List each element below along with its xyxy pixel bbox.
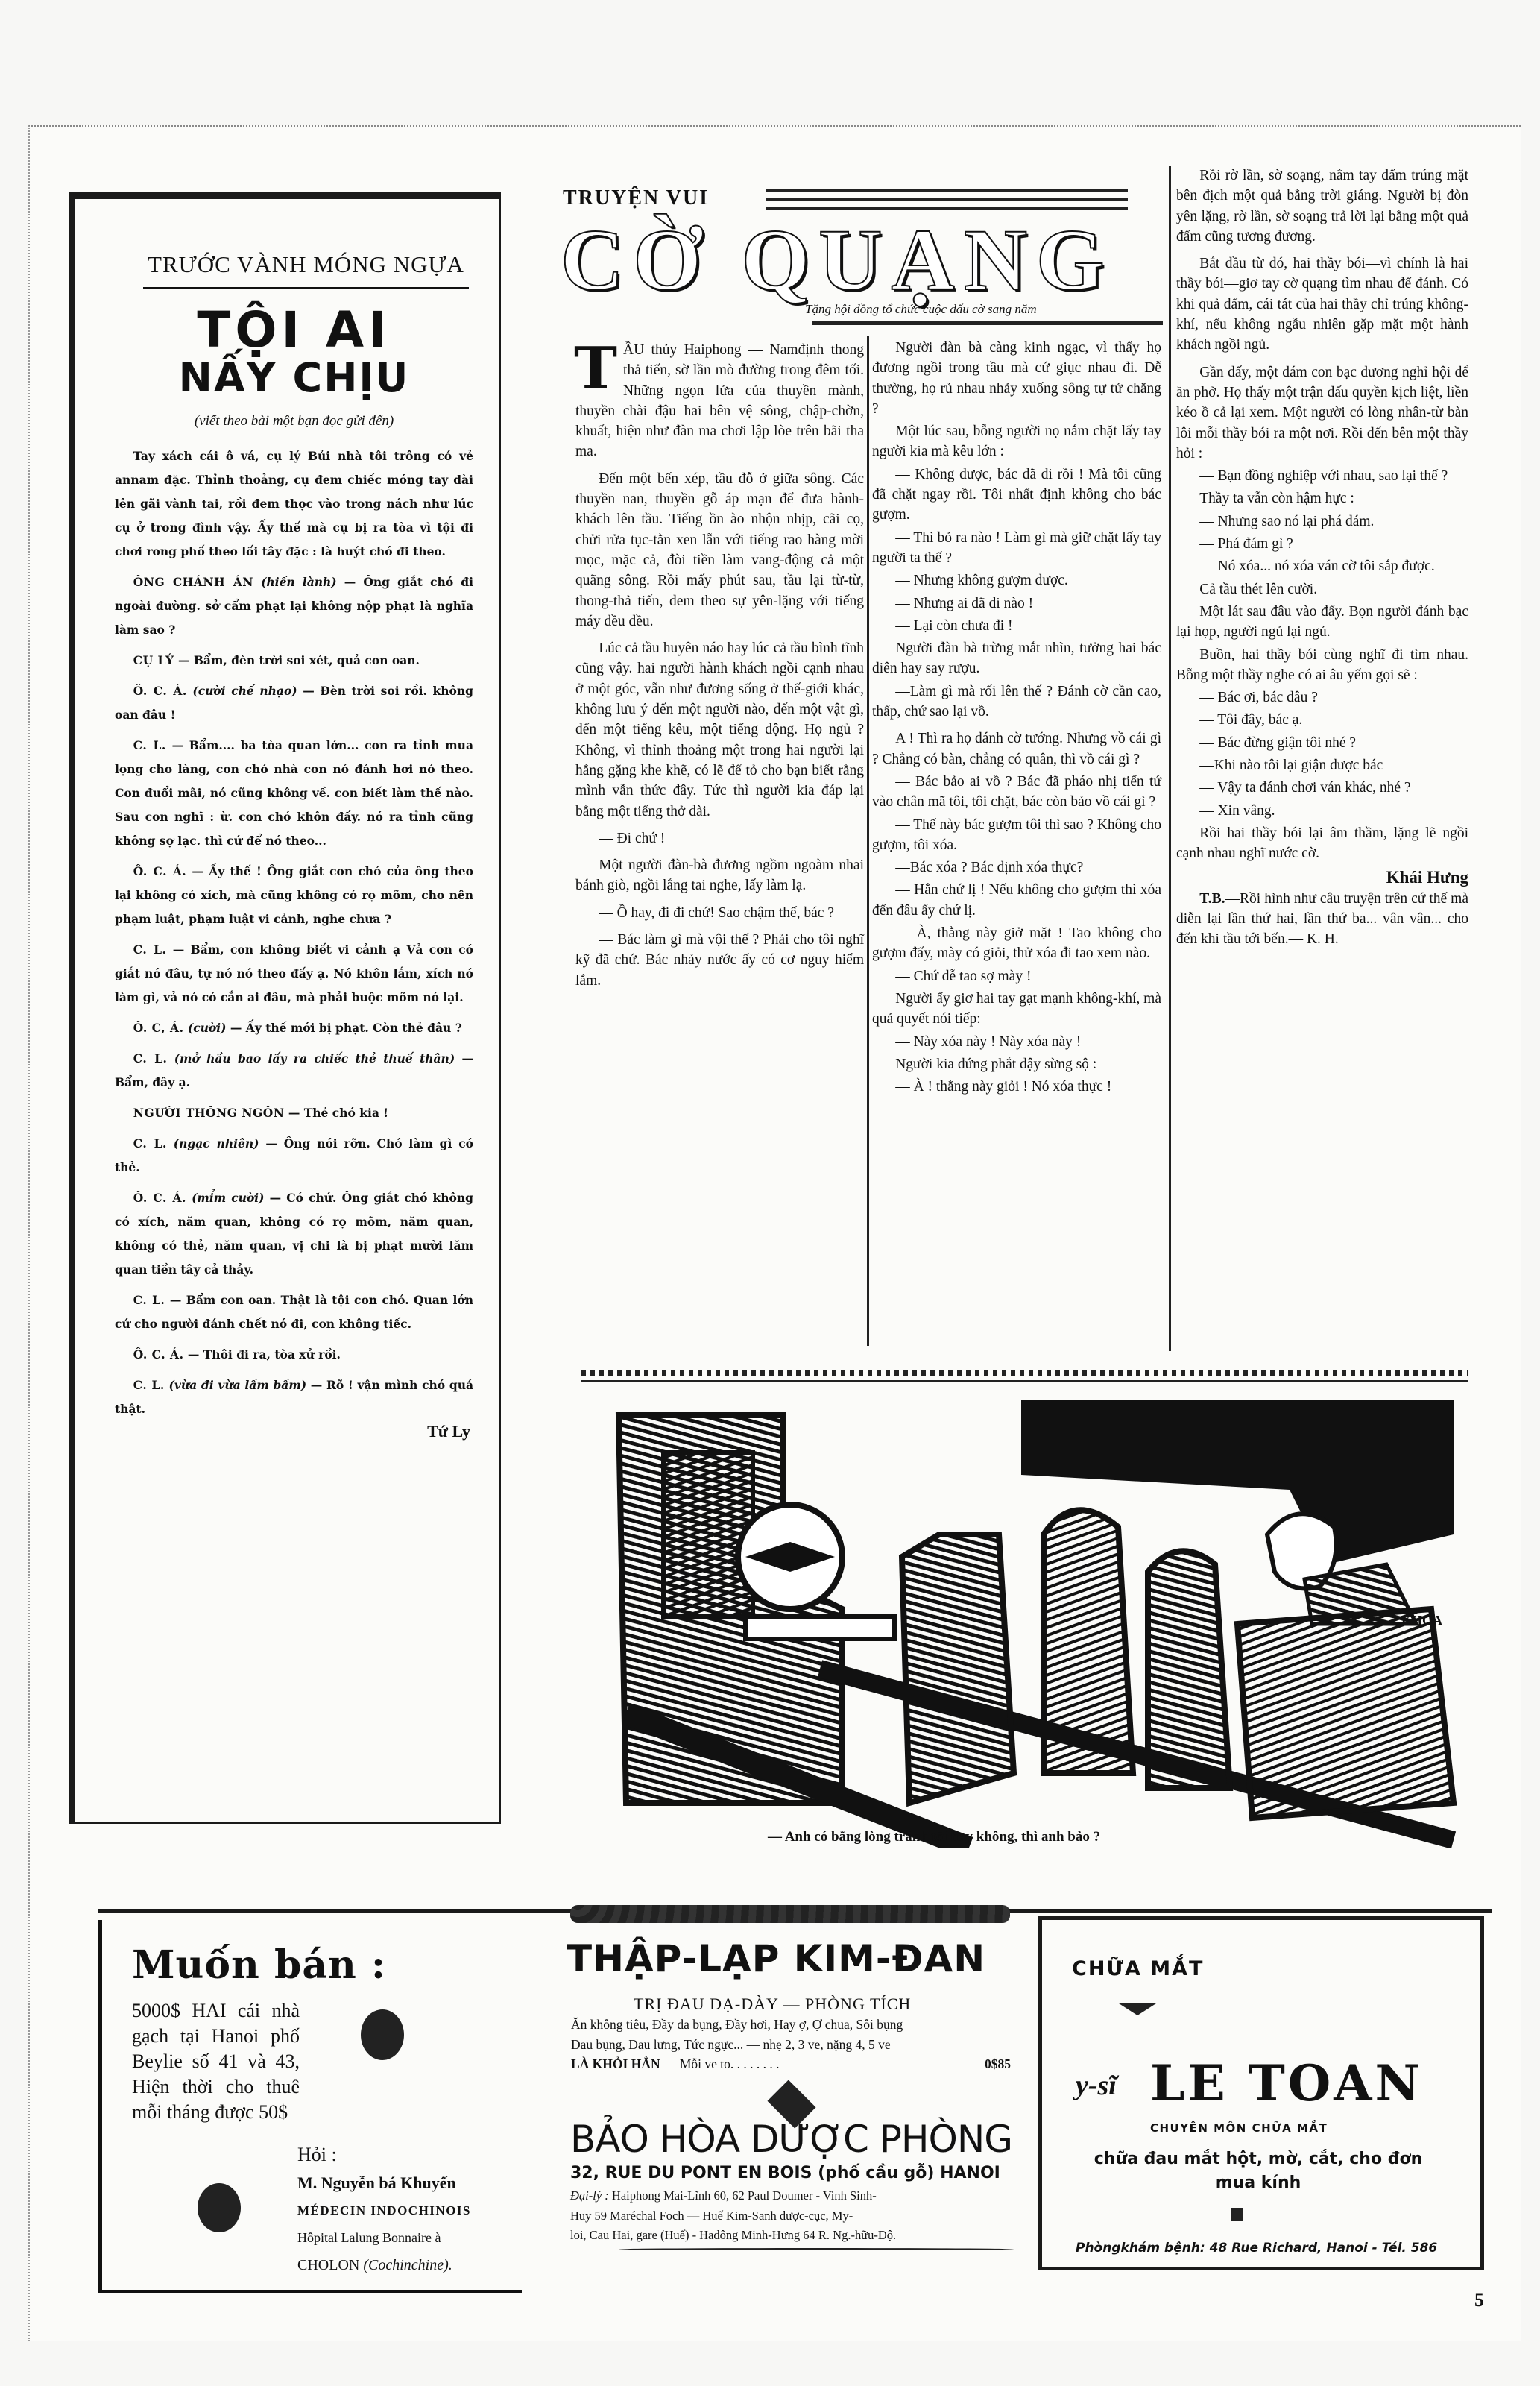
illustrator-signature: KHOA — [1401, 1611, 1416, 1630]
product-title: THẬP-LẠP KIM-ĐAN — [567, 1937, 985, 1980]
paragraph: — À, thằng này giở mặt ! Tao không cho g… — [872, 923, 1161, 964]
doctor-name: LE TOAN — [1150, 2054, 1423, 2112]
paragraph: TẦU thủy Haiphong — Namđịnh thong thả ti… — [575, 340, 864, 462]
story-kicker: TRUYỆN VUI — [563, 186, 709, 210]
paragraph: Thầy ta vẫn còn hậm hực : — [1176, 488, 1468, 509]
decorative-dot-icon — [361, 2009, 404, 2060]
dialogue-line: Ô. C. Á. (cười chế nhạo) — Đèn trời soi … — [115, 679, 473, 727]
contact-city: CHOLON (Cochinchine). — [297, 2257, 452, 2274]
paragraph: — Đi chứ ! — [575, 828, 864, 849]
paragraph: — Nhưng không gượm được. — [872, 570, 1161, 591]
paragraph: — Nhưng ai đã đi nào ! — [872, 594, 1161, 614]
dialogue-line: NGƯỜI THÔNG NGÔN — Thẻ chó kia ! — [115, 1101, 473, 1125]
paragraph: — Nhưng sao nó lại phá đám. — [1176, 511, 1468, 532]
column-rule — [1169, 166, 1171, 1351]
paragraph: — Hẳn chứ lị ! Nếu không cho gượm thì xó… — [872, 880, 1161, 921]
paragraph: Người đàn bà càng kinh ngạc, vì thấy họ … — [872, 338, 1161, 419]
dialogue-line: Ô. C. Á. (mỉm cười) — Có chứ. Ông giắt c… — [115, 1186, 473, 1282]
dialogue-line: C. L. (mở hầu bao lấy ra chiếc thẻ thuế … — [115, 1047, 473, 1095]
contact-name: M. Nguyễn bá Khuyến — [297, 2173, 456, 2193]
dialogue-line: C. L. (ngạc nhiên) — Ông nói rỡn. Chó là… — [115, 1132, 473, 1180]
paragraph: Gần đấy, một đám con bạc đương nghỉ hội … — [1176, 362, 1468, 464]
paragraph: — Không được, bác đã đi rồi ! Mà tôi cũn… — [872, 465, 1161, 526]
paragraph: Tay xách cái ô vá, cụ lý Bủi nhà tôi trô… — [115, 444, 473, 564]
paragraph: A ! Thì ra họ đánh cờ tướng. Nhưng vồ cá… — [872, 728, 1161, 769]
story-column-3: Rồi rờ lần, sờ soạng, nắm tay đấm trúng … — [1176, 166, 1468, 952]
paragraph: Một lát sau đâu vào đấy. Bọn người đánh … — [1176, 602, 1468, 643]
paragraph: — Tôi đây, bác ạ. — [1176, 710, 1468, 730]
article-subtitle: (viết theo bài một bạn đọc gửi đến) — [115, 413, 473, 429]
paragraph: — Bác đừng giận tôi nhé ? — [1176, 733, 1468, 753]
paragraph: Bắt đầu từ đó, hai thầy bói—vì chính là … — [1176, 254, 1468, 355]
paragraph: — Bác làm gì mà vội thế ? Phải cho tôi n… — [575, 930, 864, 991]
dialogue-line: Ô. C, Á. (cười) — Ấy thế mới bị phạt. Cò… — [115, 1016, 473, 1040]
paragraph: Cả tầu thét lên cười. — [1176, 579, 1468, 599]
paragraph: — Thì bỏ ra nào ! Làm gì mà giữ chặt lấy… — [872, 528, 1161, 569]
page-number: 5 — [1474, 2289, 1484, 2311]
ad-title: Muốn bán : — [132, 1942, 386, 1988]
medicine-ad: THẬP-LẠP KIM-ĐAN TRỊ ĐAU DẠ-DÀY — PHÒNG … — [559, 1901, 1021, 2267]
dialogue-line: C. L. (vừa đi vừa lầm bầm) — Rõ ! vận mì… — [115, 1373, 473, 1421]
article-body: Tay xách cái ô vá, cụ lý Bủi nhà tôi trô… — [115, 444, 473, 1421]
story-dedication: Tặng hội đồng tổ chức cuộc đấu cờ sang n… — [805, 302, 1037, 317]
story-column-1: TẦU thủy Haiphong — Namđịnh thong thả ti… — [575, 340, 864, 993]
paragraph: — À ! thằng này giỏi ! Nó xóa thực ! — [872, 1077, 1161, 1097]
clinic-address: Phòngkhám bệnh: 48 Rue Richard, Hanoi - … — [1076, 2241, 1437, 2256]
paragraph: Người đàn bà trừng mắt nhìn, tưởng hai b… — [872, 638, 1161, 679]
paragraph: Người kia đứng phắt dậy sừng sộ : — [872, 1054, 1161, 1074]
pharmacy-name: BẢO HÒA DƯỢC PHÒNG — [570, 2118, 1012, 2161]
contact-title: MÉDECIN INDOCHINOIS — [297, 2203, 471, 2218]
paragraph: —Bác xóa ? Bác định xóa thực? — [872, 857, 1161, 878]
story-author: Khái Hưng — [1176, 867, 1468, 887]
paragraph: Rồi hai thầy bói lại âm thầm, lặng lẽ ng… — [1176, 823, 1468, 864]
dialogue-line: CỤ LÝ — Bẩm, đèn trời soi xét, quả con o… — [115, 649, 473, 673]
paragraph: — Này xóa này ! Này xóa này ! — [872, 1032, 1161, 1052]
train-illustration — [596, 1385, 1461, 1848]
price: 0$85 — [985, 2056, 1011, 2072]
court-column-box: TRƯỚC VÀNH MÓNG NGỰA TỘI AI NẤY CHỊU (vi… — [69, 192, 501, 1824]
paragraph: — Bạn đồng nghiệp với nhau, sao lại thế … — [1176, 466, 1468, 486]
column-rule — [867, 336, 869, 1346]
article-author: Tứ Ly — [115, 1422, 473, 1441]
paragraph: — Bác bảo ai vồ ? Bác đã pháo nhị tiến t… — [872, 772, 1161, 813]
paragraph: Lúc cả tầu huyên náo hay lúc cả tầu bình… — [575, 638, 864, 822]
ad-kicker: CHỮA MẮT — [1072, 1957, 1204, 1980]
wavy-rule — [619, 2248, 1014, 2250]
dialogue-line: Ô. C. Á. — Ấy thế ! Ông giắt con chó của… — [115, 860, 473, 931]
contact-hospital: Hôpital Lalung Bonnaire à — [297, 2230, 441, 2246]
illustration-top-rule — [581, 1380, 1468, 1382]
services-description: chữa đau mắt hột, mờ, cắt, cho đơn mua k… — [1072, 2147, 1445, 2195]
ad-body: 5000$ HAI cái nhà gạch tại Hanoi phố Bey… — [132, 1998, 300, 2125]
paragraph: — Chứ dễ tao sợ mày ! — [872, 966, 1161, 986]
paragraph: Người ấy giơ hai tay gạt mạnh không-khí,… — [872, 989, 1161, 1030]
price-line: LÀ KHỎI HẲN — Mỗi ve to. . . . . . . .0$… — [571, 2056, 1011, 2072]
ad-ask-label: Hỏi : — [297, 2144, 337, 2166]
symptoms-line: Ăn không tiêu, Đầy da bụng, Đầy hơi, Hay… — [571, 2017, 1011, 2033]
product-subtitle: TRỊ ĐAU DẠ-DÀY — PHÒNG TÍCH — [634, 1995, 911, 2014]
dialogue-line: ÔNG CHÁNH ÁN (hiền lành) — Ông giắt chó … — [115, 570, 473, 642]
eye-doctor-ad: CHỮA MẮT y-sĩ LE TOAN CHUYÊN MÔN CHỮA MẮ… — [1038, 1916, 1484, 2270]
wavy-border — [570, 1905, 1010, 1923]
dedication-underline — [812, 321, 1163, 325]
paragraph: — Bác ơi, bác đâu ? — [1176, 687, 1468, 708]
article-title-line2: NẤY CHỊU — [115, 355, 473, 401]
postscript: T.B.—Rồi hình như câu truyện trên cứ thế… — [1176, 889, 1468, 950]
agents-line: Đại-lý : Haiphong Mai-Lĩnh 60, 62 Paul D… — [570, 2188, 877, 2203]
dialogue-line: C. L. — Bẩm.... ba tòa quan lớn... con r… — [115, 734, 473, 853]
paragraph: — Ồ hay, đi đi chứ! Sao chậm thế, bác ? — [575, 903, 864, 923]
agents-line: Huy 59 Maréchal Foch — Huế Kim-Sanh dược… — [570, 2209, 853, 2223]
illustration-caption: — Anh có bằng lòng tránh tôi hay không, … — [768, 1829, 1100, 1845]
paragraph: —Làm gì mà rối lên thế ? Đánh cờ cần cao… — [872, 682, 1161, 723]
paragraph: Một lúc sau, bỗng người nọ nắm chặt lấy … — [872, 421, 1161, 462]
arrow-down-icon — [1119, 2003, 1156, 2015]
illustration-zigzag-border — [581, 1370, 1468, 1376]
paragraph: — Lại còn chưa đi ! — [872, 616, 1161, 636]
dialogue-line: Ô. C. Á. — Thôi đi ra, tòa xử rồi. — [115, 1343, 473, 1367]
ornament-icon — [1231, 2208, 1243, 2221]
paragraph: — Vậy ta đánh chơi ván khác, nhé ? — [1176, 778, 1468, 798]
header-rules — [766, 189, 1128, 213]
section-heading: TRƯỚC VÀNH MÓNG NGỰA — [143, 251, 469, 289]
paragraph: Buồn, hai thầy bói cùng nghĩ đi tìm nhau… — [1176, 645, 1468, 686]
drop-cap: T — [574, 343, 617, 395]
paragraph: — Thế này bác gượm tôi thì sao ? Không c… — [872, 815, 1161, 856]
paragraph: — Xin vâng. — [1176, 801, 1468, 821]
agents-line: loi, Cau Hai, gare (Huế) - Hadông Minh-H… — [570, 2228, 896, 2243]
story-column-2: Người đàn bà càng kinh ngạc, vì thấy họ … — [872, 338, 1161, 1099]
decorative-dot-icon — [198, 2183, 241, 2232]
symptoms-line: Đau bụng, Đau lưng, Tức ngực... — nhẹ 2,… — [571, 2037, 1011, 2053]
paragraph: — Phá đám gì ? — [1176, 534, 1468, 554]
story-title: CỜ QUẠNG — [561, 216, 1114, 304]
doctor-prefix: y-sĩ — [1076, 2069, 1117, 2102]
doctor-specialty: CHUYÊN MÔN CHỮA MẮT — [1150, 2121, 1328, 2135]
paragraph: Rồi rờ lần, sờ soạng, nắm tay đấm trúng … — [1176, 166, 1468, 247]
pharmacy-address: 32, RUE DU PONT EN BOIS (phố cầu gỗ) HAN… — [570, 2164, 1000, 2182]
paragraph: Một người đàn-bà đương ngồm ngoàm nhai b… — [575, 855, 864, 896]
house-sale-ad: Muốn bán : 5000$ HAI cái nhà gạch tại Ha… — [98, 1920, 522, 2293]
paragraph: Đến một bến xép, tầu đỗ ở giữa sông. Các… — [575, 469, 864, 632]
dialogue-line: C. L. — Bẩm con oan. Thật là tội con chó… — [115, 1288, 473, 1336]
article-title-line1: TỘI AI — [115, 306, 473, 355]
paragraph: —Khi nào tôi lại giận được bác — [1176, 755, 1468, 775]
paragraph: — Nó xóa... nó xóa ván cờ tôi sắp được. — [1176, 556, 1468, 576]
dialogue-line: C. L. — Bẩm, con không biết vi cảnh ạ Vả… — [115, 938, 473, 1010]
